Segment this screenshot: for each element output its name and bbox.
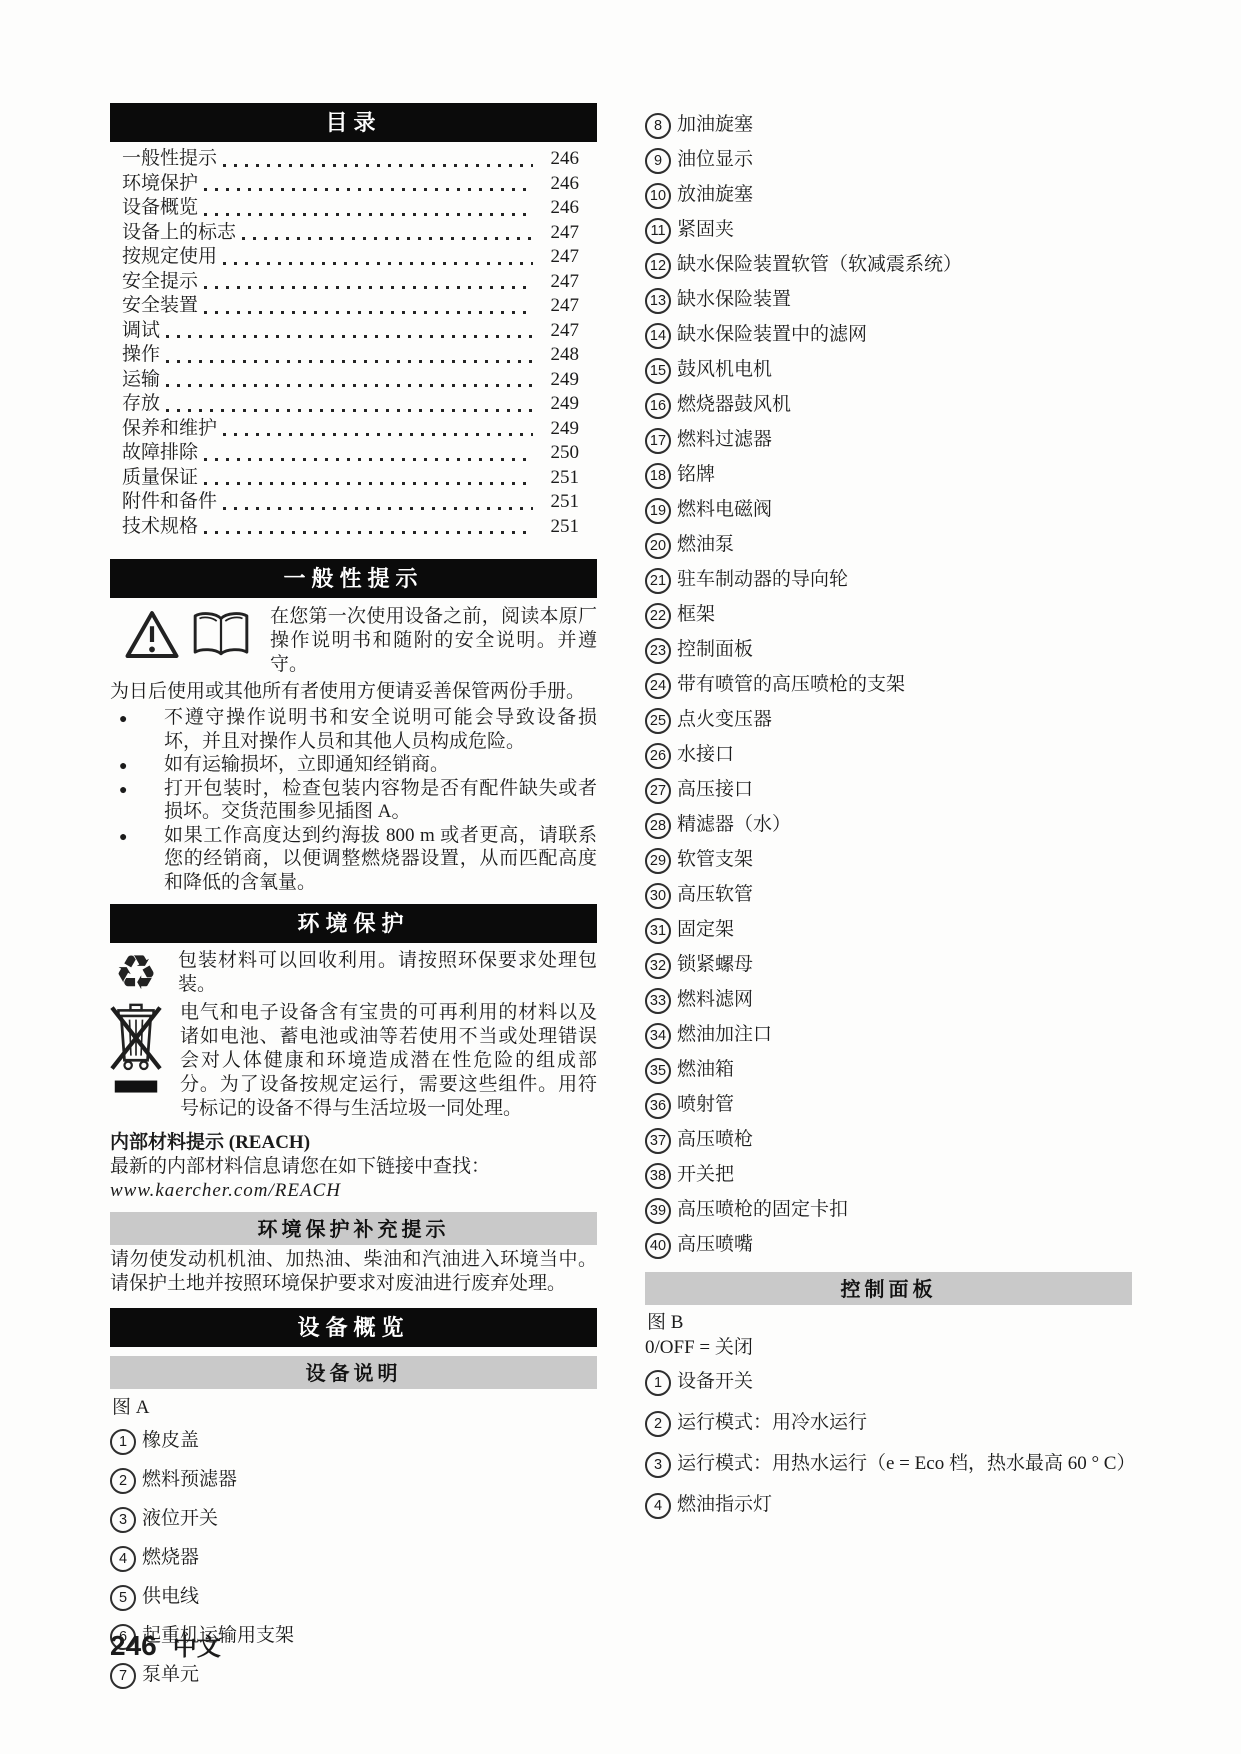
toc-entry: 存放 249 (122, 392, 579, 417)
toc-entry: 安全装置 247 (122, 294, 579, 319)
manual-page: 目录 一般性提示 246 环境保护 246 设备概览 246 (0, 0, 1241, 1754)
item-number-badge: 15 (645, 358, 671, 384)
control-panel-item: 1 设备开关 (645, 1369, 1132, 1396)
device-item: 37 高压喷枪 (645, 1127, 1132, 1154)
device-item: 28 精滤器（水） (645, 812, 1132, 839)
control-panel-item: 2 运行模式：用冷水运行 (645, 1410, 1132, 1437)
toc-entry: 操作 248 (122, 343, 579, 368)
item-label: 供电线 (142, 1584, 597, 1610)
toc-entry-label: 安全装置 (122, 294, 198, 319)
item-number-badge: 31 (645, 918, 671, 944)
toc-leader-dots (166, 384, 533, 387)
bullet-item-text: 如果工作高度达到约海拔 800 m 或者更高，请联系您的经销商，以便调整燃烧器设… (164, 825, 597, 893)
page-footer: 246 中文 (110, 1627, 221, 1662)
item-label: 液位开关 (142, 1506, 597, 1532)
toc-leader-dots (204, 286, 533, 289)
item-number-badge: 9 (645, 148, 671, 174)
toc-entry-label: 操作 (122, 343, 160, 368)
item-number-badge: 7 (110, 1663, 136, 1689)
item-number-badge: 1 (645, 1370, 671, 1396)
item-label: 缺水保险装置软管（软减震系统） (677, 252, 1132, 278)
item-label: 放油旋塞 (677, 182, 1132, 208)
item-label: 开关把 (677, 1162, 1132, 1188)
subsection-header-environment-extra: 环境保护补充提示 (110, 1212, 597, 1245)
toc-entry-label: 技术规格 (122, 515, 198, 540)
toc-entry-label: 环境保护 (122, 172, 198, 197)
item-number-badge: 35 (645, 1058, 671, 1084)
toc-list: 一般性提示 246 环境保护 246 设备概览 246 设备上的 (110, 142, 597, 539)
device-item: 16 燃烧器鼓风机 (645, 392, 1132, 419)
bullet-item-text: 如有运输损坏，立即通知经销商。 (164, 754, 449, 775)
device-item: 3 液位开关 (110, 1506, 597, 1533)
item-label: 喷射管 (677, 1092, 1132, 1118)
device-item: 25 点火变压器 (645, 707, 1132, 734)
warning-triangle-icon (124, 609, 180, 667)
device-item: 13 缺水保险装置 (645, 287, 1132, 314)
toc-entry: 调试 247 (122, 319, 579, 344)
reach-title: 内部材料提示 (REACH) (110, 1130, 597, 1155)
item-label: 控制面板 (677, 637, 1132, 663)
section-header-environment: 环境保护 (110, 904, 597, 943)
item-label: 驻车制动器的导向轮 (677, 567, 1132, 593)
read-manual-book-icon (190, 609, 252, 665)
device-item: 17 燃料过滤器 (645, 427, 1132, 454)
toc-leader-dots (223, 507, 533, 510)
toc-leader-dots (223, 262, 533, 265)
item-number-badge: 28 (645, 813, 671, 839)
item-label: 高压喷嘴 (677, 1232, 1132, 1258)
item-label: 燃料滤网 (677, 987, 1132, 1013)
device-item: 14 缺水保险装置中的滤网 (645, 322, 1132, 349)
toc-entry-page: 247 (539, 221, 579, 246)
item-number-badge: 25 (645, 708, 671, 734)
device-item: 26 水接口 (645, 742, 1132, 769)
toc-entry: 按规定使用 247 (122, 245, 579, 270)
toc-entry-page: 246 (539, 172, 579, 197)
toc-entry-label: 设备上的标志 (122, 221, 236, 246)
item-number-badge: 37 (645, 1128, 671, 1154)
item-label: 加油旋塞 (677, 112, 1132, 138)
item-label: 鼓风机电机 (677, 357, 1132, 383)
item-label: 运行模式：用热水运行（e = Eco 档，热水最高 60 ° C） (677, 1451, 1132, 1477)
device-item: 27 高压接口 (645, 777, 1132, 804)
toc-leader-dots (223, 433, 533, 436)
item-label: 燃料电磁阀 (677, 497, 1132, 523)
device-item: 34 燃油加注口 (645, 1022, 1132, 1049)
device-item: 31 固定架 (645, 917, 1132, 944)
section-header-device-overview: 设备概览 (110, 1308, 597, 1347)
item-label: 软管支架 (677, 847, 1132, 873)
device-item: 15 鼓风机电机 (645, 357, 1132, 384)
item-label: 燃烧器 (142, 1545, 597, 1571)
figure-b-label: 图 B (647, 1310, 1132, 1335)
toc-entry-page: 251 (539, 515, 579, 540)
toc-entry: 运输 249 (122, 368, 579, 393)
device-item: 4 燃烧器 (110, 1545, 597, 1572)
item-label: 燃油指示灯 (677, 1492, 1132, 1518)
toc-entry-label: 设备概览 (122, 196, 198, 221)
item-number-badge: 5 (110, 1585, 136, 1611)
off-switch-label: 0/OFF = 关闭 (645, 1335, 1132, 1360)
item-number-badge: 26 (645, 743, 671, 769)
environment-extra-note: 请勿使发动机机油、加热油、柴油和汽油进入环境当中。请保护土地并按照环境保护要求对… (110, 1248, 597, 1296)
item-label: 精滤器（水） (677, 812, 1132, 838)
item-label: 高压接口 (677, 777, 1132, 803)
control-panel-item: 3 运行模式：用热水运行（e = Eco 档，热水最高 60 ° C） (645, 1451, 1132, 1478)
toc-entry-page: 247 (539, 270, 579, 295)
item-number-badge: 17 (645, 428, 671, 454)
toc-leader-dots (204, 531, 533, 534)
toc-header: 目录 (110, 103, 597, 142)
device-item: 18 铭牌 (645, 462, 1132, 489)
subsection-header-control-panel: 控制面板 (645, 1272, 1132, 1305)
toc-entry-label: 存放 (122, 392, 160, 417)
device-item: 39 高压喷枪的固定卡扣 (645, 1197, 1132, 1224)
general-intro-row: 在您第一次使用设备之前，阅读本原厂操作说明书和随附的安全说明。并遵守。 (110, 605, 597, 677)
general-intro-icons (110, 605, 258, 677)
item-label: 燃烧器鼓风机 (677, 392, 1132, 418)
item-number-badge: 22 (645, 603, 671, 629)
toc-entry-label: 安全提示 (122, 270, 198, 295)
item-label: 缺水保险装置中的滤网 (677, 322, 1132, 348)
item-number-badge: 39 (645, 1198, 671, 1224)
item-number-badge: 36 (645, 1093, 671, 1119)
item-number-badge: 34 (645, 1023, 671, 1049)
device-item: 11 紧固夹 (645, 217, 1132, 244)
toc-entry-page: 251 (539, 490, 579, 515)
control-panel-items: 1 设备开关 2 运行模式：用冷水运行 3 运行模式：用热水运行（e = Eco… (645, 1369, 1132, 1519)
item-label: 缺水保险装置 (677, 287, 1132, 313)
toc-entry-label: 附件和备件 (122, 490, 217, 515)
item-number-badge: 2 (110, 1468, 136, 1494)
item-label: 框架 (677, 602, 1132, 628)
toc-entry: 设备上的标志 247 (122, 221, 579, 246)
toc-entry: 附件和备件 251 (122, 490, 579, 515)
toc-entry: 设备概览 246 (122, 196, 579, 221)
device-item: 36 喷射管 (645, 1092, 1132, 1119)
item-number-badge: 29 (645, 848, 671, 874)
toc-entry-label: 故障排除 (122, 441, 198, 466)
toc-entry-page: 247 (539, 294, 579, 319)
toc-entry-label: 质量保证 (122, 466, 198, 491)
device-item: 8 加油旋塞 (645, 112, 1132, 139)
item-number-badge: 14 (645, 323, 671, 349)
device-item: 1 橡皮盖 (110, 1428, 597, 1455)
figure-a-label: 图 A (112, 1395, 597, 1420)
item-number-badge: 10 (645, 183, 671, 209)
section-header-general-notes: 一般性提示 (110, 559, 597, 598)
toc-entry-label: 调试 (122, 319, 160, 344)
toc-entry: 质量保证 251 (122, 466, 579, 491)
item-number-badge: 40 (645, 1233, 671, 1259)
item-number-badge: 12 (645, 253, 671, 279)
device-item: 7 泵单元 (110, 1662, 597, 1689)
toc-entry-page: 247 (539, 245, 579, 270)
toc-entry-label: 按规定使用 (122, 245, 217, 270)
item-label: 燃油箱 (677, 1057, 1132, 1083)
device-item: 10 放油旋塞 (645, 182, 1132, 209)
toc-leader-dots (166, 335, 533, 338)
item-number-badge: 38 (645, 1163, 671, 1189)
bullet-item: 如果工作高度达到约海拔 800 m 或者更高，请联系您的经销商，以便调整燃烧器设… (110, 824, 597, 895)
recycling-symbol-icon: ♻ (110, 949, 162, 997)
device-item: 38 开关把 (645, 1162, 1132, 1189)
packaging-note: 包装材料可以回收利用。请按照环保要求处理包装。 (178, 949, 597, 997)
bullet-item: 如有运输损坏，立即通知经销商。 (110, 753, 597, 777)
toc-entry: 故障排除 250 (122, 441, 579, 466)
device-item: 35 燃油箱 (645, 1057, 1132, 1084)
item-label: 紧固夹 (677, 217, 1132, 243)
footer-language-label: 中文 (173, 1627, 221, 1662)
toc-entry-page: 249 (539, 368, 579, 393)
device-item: 5 供电线 (110, 1584, 597, 1611)
item-label: 燃料过滤器 (677, 427, 1132, 453)
packaging-recycle-row: ♻ 包装材料可以回收利用。请按照环保要求处理包装。 (110, 949, 597, 997)
reach-note: 最新的内部材料信息请您在如下链接中查找： (110, 1155, 597, 1179)
weee-crossed-out-bin-icon (110, 1003, 176, 1106)
toc-entry-label: 保养和维护 (122, 417, 217, 442)
bullet-item-text: 打开包装时，检查包装内容物是否有配件缺失或者损坏。交货范围参见插图 A。 (164, 778, 597, 823)
item-label: 高压喷枪的固定卡扣 (677, 1197, 1132, 1223)
toc-leader-dots (204, 458, 533, 461)
device-item: 2 燃料预滤器 (110, 1467, 597, 1494)
item-label: 燃油泵 (677, 532, 1132, 558)
device-item: 22 框架 (645, 602, 1132, 629)
item-label: 带有喷管的高压喷枪的支架 (677, 672, 1132, 698)
bullet-item-text: 不遵守操作说明书和安全说明可能会导致设备损坏，并且对操作人员和其他人员构成危险。 (164, 707, 597, 752)
device-item: 32 锁紧螺母 (645, 952, 1132, 979)
item-label: 泵单元 (142, 1662, 597, 1688)
item-label: 水接口 (677, 742, 1132, 768)
item-label: 设备开关 (677, 1369, 1132, 1395)
toc-entry-page: 249 (539, 417, 579, 442)
toc-leader-dots (204, 311, 533, 314)
device-item: 12 缺水保险装置软管（软减震系统） (645, 252, 1132, 279)
item-label: 橡皮盖 (142, 1428, 597, 1454)
toc-entry: 一般性提示 246 (122, 147, 579, 172)
toc-entry-label: 一般性提示 (122, 147, 217, 172)
item-number-badge: 2 (645, 1411, 671, 1437)
toc-leader-dots (204, 482, 533, 485)
device-item: 9 油位显示 (645, 147, 1132, 174)
toc-entry-page: 246 (539, 147, 579, 172)
item-label: 运行模式：用冷水运行 (677, 1410, 1132, 1436)
item-number-badge: 24 (645, 673, 671, 699)
toc-entry: 安全提示 247 (122, 270, 579, 295)
item-label: 燃油加注口 (677, 1022, 1132, 1048)
item-label: 高压喷枪 (677, 1127, 1132, 1153)
item-label: 铭牌 (677, 462, 1132, 488)
general-read-note: 在您第一次使用设备之前，阅读本原厂操作说明书和随附的安全说明。并遵守。 (270, 605, 597, 677)
item-label: 点火变压器 (677, 707, 1132, 733)
toc-entry-page: 248 (539, 343, 579, 368)
item-number-badge: 18 (645, 463, 671, 489)
device-item: 24 带有喷管的高压喷枪的支架 (645, 672, 1132, 699)
item-number-badge: 21 (645, 568, 671, 594)
control-panel-item: 4 燃油指示灯 (645, 1492, 1132, 1519)
item-number-badge: 23 (645, 638, 671, 664)
toc-entry-page: 247 (539, 319, 579, 344)
item-number-badge: 30 (645, 883, 671, 909)
toc-entry: 保养和维护 249 (122, 417, 579, 442)
general-bullet-list: 不遵守操作说明书和安全说明可能会导致设备损坏，并且对操作人员和其他人员构成危险。… (110, 706, 597, 894)
subsection-header-device-description: 设备说明 (110, 1356, 597, 1389)
item-number-badge: 19 (645, 498, 671, 524)
bullet-item: 不遵守操作说明书和安全说明可能会导致设备损坏，并且对操作人员和其他人员构成危险。 (110, 706, 597, 753)
device-item: 23 控制面板 (645, 637, 1132, 664)
device-item: 19 燃料电磁阀 (645, 497, 1132, 524)
left-column: 目录 一般性提示 246 环境保护 246 设备概览 246 (110, 103, 597, 1701)
toc-entry-page: 251 (539, 466, 579, 491)
item-number-badge: 4 (110, 1546, 136, 1572)
item-number-badge: 4 (645, 1493, 671, 1519)
device-item: 21 驻车制动器的导向轮 (645, 567, 1132, 594)
toc-entry-page: 246 (539, 196, 579, 221)
weee-note-block: 电气和电子设备含有宝贵的可再利用的材料以及诸如电池、蓄电池或油等若使用不当或处理… (110, 1001, 597, 1121)
item-label: 锁紧螺母 (677, 952, 1132, 978)
toc-entry-page: 250 (539, 441, 579, 466)
toc-leader-dots (242, 237, 533, 240)
toc-leader-dots (223, 164, 533, 167)
device-item: 29 软管支架 (645, 847, 1132, 874)
general-keep-note: 为日后使用或其他所有者使用方便请妥善保管两份手册。 (110, 680, 597, 704)
item-number-badge: 3 (110, 1507, 136, 1533)
device-item: 20 燃油泵 (645, 532, 1132, 559)
footer-page-number: 246 (110, 1630, 157, 1662)
item-number-badge: 33 (645, 988, 671, 1014)
item-label: 燃料预滤器 (142, 1467, 597, 1493)
device-item: 30 高压软管 (645, 882, 1132, 909)
device-item: 40 高压喷嘴 (645, 1232, 1132, 1259)
item-number-badge: 11 (645, 218, 671, 244)
weee-note-text: 电气和电子设备含有宝贵的可再利用的材料以及诸如电池、蓄电池或油等若使用不当或处理… (180, 1002, 597, 1119)
item-number-badge: 27 (645, 778, 671, 804)
item-label: 油位显示 (677, 147, 1132, 173)
device-items-8-40: 8 加油旋塞 9 油位显示 10 放油旋塞 11 紧固夹 (645, 112, 1132, 1259)
item-number-badge: 13 (645, 288, 671, 314)
item-number-badge: 3 (645, 1452, 671, 1478)
item-number-badge: 16 (645, 393, 671, 419)
right-column: 8 加油旋塞 9 油位显示 10 放油旋塞 11 紧固夹 (645, 112, 1132, 1533)
item-label: 固定架 (677, 917, 1132, 943)
item-number-badge: 32 (645, 953, 671, 979)
toc-entry: 技术规格 251 (122, 515, 579, 540)
item-label: 高压软管 (677, 882, 1132, 908)
item-number-badge: 8 (645, 113, 671, 139)
toc-leader-dots (204, 213, 533, 216)
device-item: 33 燃料滤网 (645, 987, 1132, 1014)
toc-entry-label: 运输 (122, 368, 160, 393)
reach-url: www.kaercher.com/REACH (110, 1179, 597, 1203)
item-number-badge: 1 (110, 1429, 136, 1455)
toc-leader-dots (166, 409, 533, 412)
toc-entry: 环境保护 246 (122, 172, 579, 197)
toc-entry-page: 249 (539, 392, 579, 417)
item-number-badge: 20 (645, 533, 671, 559)
toc-leader-dots (204, 188, 533, 191)
bullet-item: 打开包装时，检查包装内容物是否有配件缺失或者损坏。交货范围参见插图 A。 (110, 777, 597, 824)
toc-leader-dots (166, 360, 533, 363)
